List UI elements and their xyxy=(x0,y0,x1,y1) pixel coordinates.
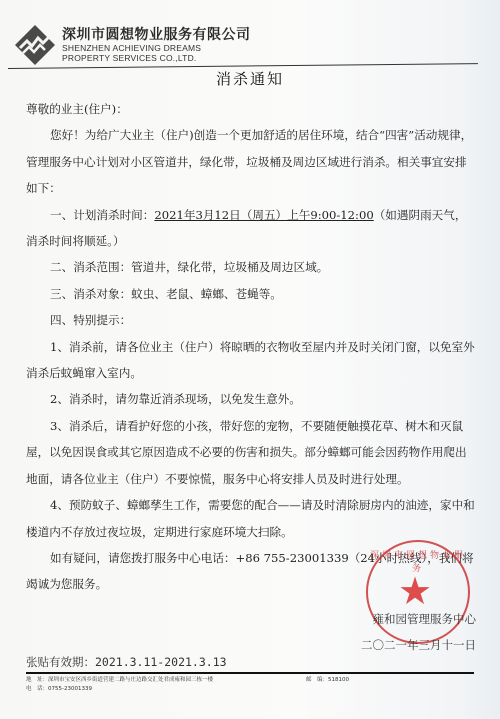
signature-org: 雍和园管理服务中心 xyxy=(361,606,476,632)
postal-label: 邮 编： xyxy=(306,677,328,683)
star-icon: ★ xyxy=(398,572,432,610)
footer-postal: 邮 编：518100 xyxy=(306,676,349,685)
item-scope: 二、消杀范围：管道井，绿化带，垃圾桶及周边区域。 xyxy=(26,254,476,280)
salutation: 尊敬的业主(住户)： xyxy=(26,96,476,122)
company-name-en-1: SHENZHEN ACHIEVING DREAMS xyxy=(62,43,251,53)
signature-date: 二〇二一年三月十一日 xyxy=(361,632,476,658)
letterhead-footer: 地 址： 深圳市宝安区西乡街道营建二路与庄边路交汇处君成雍和园三栋一楼 电 话：… xyxy=(26,676,474,694)
validity-range: 2021.3.11-2021.3.13 xyxy=(95,655,227,669)
company-name: 深圳市圆想物业服务有限公司 SHENZHEN ACHIEVING DREAMS … xyxy=(62,27,251,63)
tip-3: 3、消杀后，请看护好您的小孩，带好您的宠物，不要随便触摸花草、树木和灭鼠屋，以免… xyxy=(26,413,476,492)
posting-validity: 张贴有效期：2021.3.11-2021.3.13 xyxy=(26,654,227,670)
footer-phone: 电 话： 0755-23001339 xyxy=(26,685,474,694)
phone-value: 0755-23001339 xyxy=(48,685,92,694)
item-targets: 三、消杀对象：蚊虫、老鼠、蟑螂、苍蝇等。 xyxy=(26,281,476,307)
letterhead: 深圳市圆想物业服务有限公司 SHENZHEN ACHIEVING DREAMS … xyxy=(14,22,251,68)
company-name-en-2: PROPERTY SERVICES CO.,LTD. xyxy=(62,53,251,63)
notice-page: 深圳市圆想物业服务有限公司 SHENZHEN ACHIEVING DREAMS … xyxy=(0,0,500,719)
validity-label: 张贴有效期： xyxy=(26,655,95,669)
phone-label: 电 话： xyxy=(26,685,48,694)
tip-4: 4、预防蚊子、蟑螂孳生工作，需要您的配合——请及时清除厨房内的油迹，家中和楼道内… xyxy=(26,492,476,545)
address-label: 地 址： xyxy=(26,676,48,685)
notice-title: 消杀通知 xyxy=(0,68,500,89)
item-schedule-time: 2021年3月12日（周五）上午9:00-12:00 xyxy=(154,208,373,222)
tip-1: 1、消杀前，请各位业主（住户）将晾晒的衣物收至屋内并及时关闭门窗，以免室外消杀后… xyxy=(26,334,476,387)
address-value: 深圳市宝安区西乡街道营建二路与庄边路交汇处君成雍和园三栋一楼 xyxy=(48,676,213,685)
footer-address: 地 址： 深圳市宝安区西乡街道营建二路与庄边路交汇处君成雍和园三栋一楼 xyxy=(26,676,474,685)
tip-2: 2、消杀时，请勿靠近消杀现场，以免发生意外。 xyxy=(26,386,476,412)
diamond-logo-icon xyxy=(14,24,56,66)
item-schedule-label: 一、计划消杀时间： xyxy=(50,208,154,222)
postal-value: 518100 xyxy=(328,677,349,683)
company-name-cn: 深圳市圆想物业服务有限公司 xyxy=(62,27,251,43)
footer-divider xyxy=(26,672,474,674)
item-tips-heading: 四、特别提示： xyxy=(26,307,476,333)
item-schedule: 一、计划消杀时间：2021年3月12日（周五）上午9:00-12:00（如遇阴雨… xyxy=(26,202,476,255)
intro-paragraph: 您好！为给广大业主（住户)创造一个更加舒适的居住环境，结合“四害”活动规律，管理… xyxy=(26,122,476,201)
signature-block: 雍和园管理服务中心 二〇二一年三月十一日 xyxy=(361,606,476,658)
notice-body: 尊敬的业主(住户)： 您好！为给广大业主（住户)创造一个更加舒适的居住环境，结合… xyxy=(26,96,476,598)
